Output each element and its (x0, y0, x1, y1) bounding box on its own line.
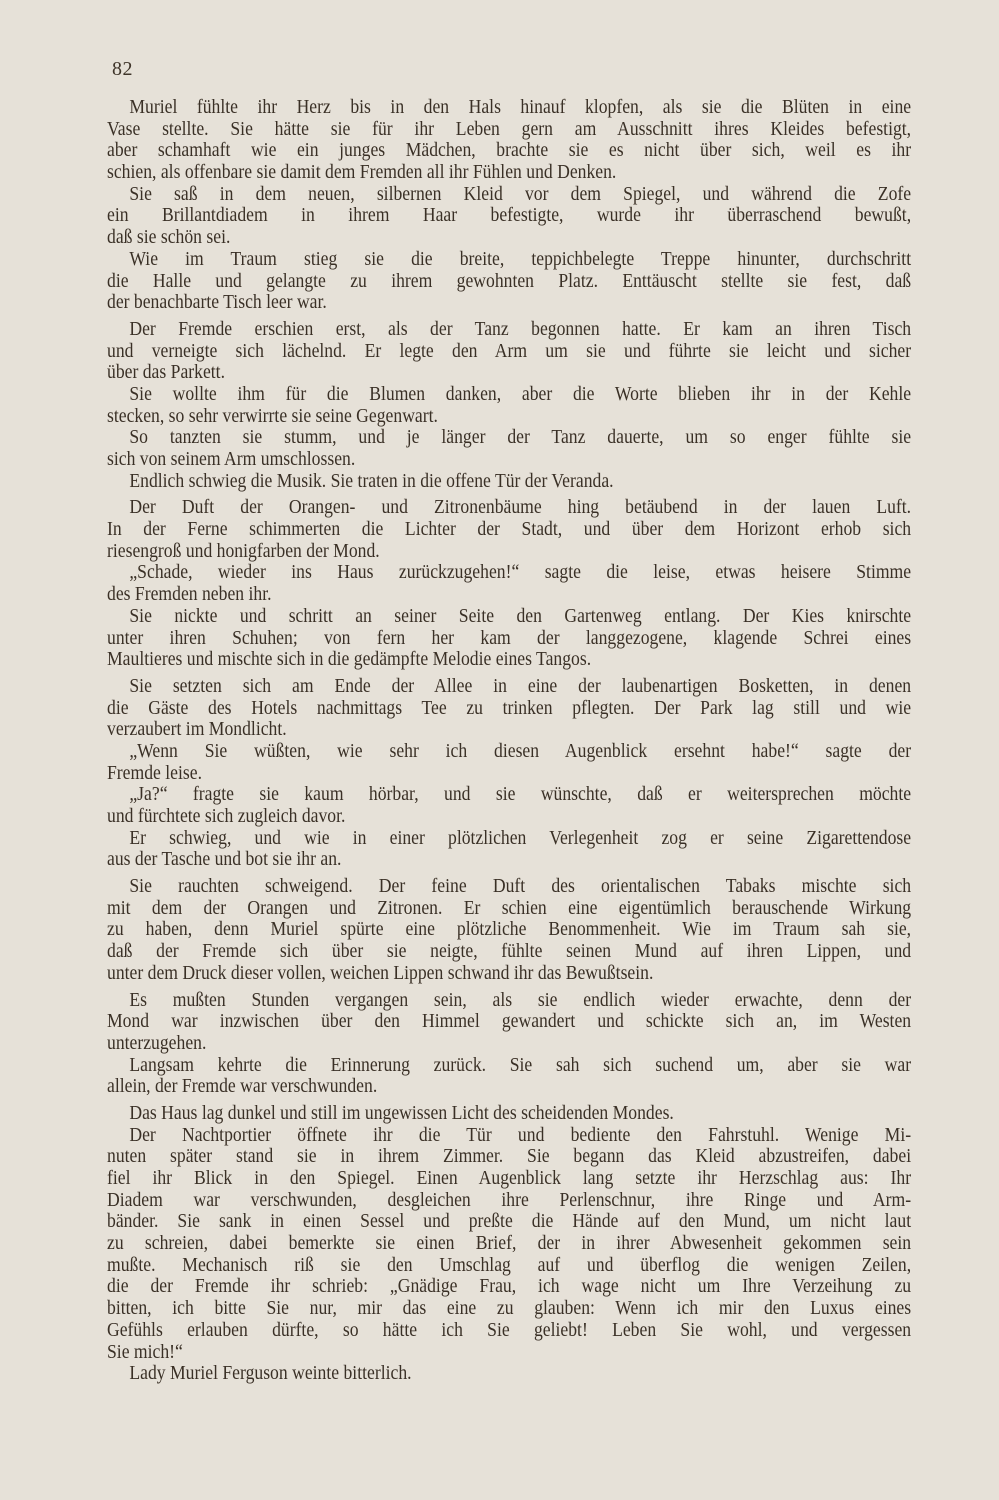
text-line: nuten später stand sie in ihrem Zimmer. … (107, 1146, 911, 1168)
text-line: zu schreien, dabei bemerkte sie einen Br… (107, 1233, 911, 1255)
paragraph: „Schade, wieder ins Haus zurückzugehen!“… (107, 562, 911, 605)
paragraph: Er schwieg, und wie in einer plötzlichen… (107, 828, 911, 871)
paragraph: Das Haus lag dunkel und still im ungewis… (107, 1103, 911, 1125)
text-line: verzaubert im Mondlicht. (107, 719, 911, 741)
text-line: Diadem war verschwunden, desgleichen ihr… (107, 1190, 911, 1212)
text-line: mit dem der Orangen und Zitronen. Er sch… (107, 898, 911, 920)
text-line: Fremde leise. (107, 763, 911, 785)
text-line: mußte. Mechanisch riß sie den Umschlag a… (107, 1255, 911, 1277)
text-line: In der Ferne schimmerten die Lichter der… (107, 519, 911, 541)
text-line: unter ihren Schuhen; von fern her kam de… (107, 628, 911, 650)
text-line: allein, der Fremde war verschwunden. (107, 1076, 911, 1098)
text-line: fiel ihr Blick in den Spiegel. Einen Aug… (107, 1168, 911, 1190)
paragraph: So tanzten sie stumm, und je länger der … (107, 427, 911, 470)
text-line: Das Haus lag dunkel und still im ungewis… (107, 1103, 911, 1125)
paragraph: Sie setzten sich am Ende der Allee in ei… (107, 676, 911, 741)
text-line: Es mußten Stunden vergangen sein, als si… (107, 990, 911, 1012)
text-line: riesengroß und honigfarben der Mond. (107, 541, 911, 563)
text-line: unterzugehen. (107, 1033, 911, 1055)
text-line: daß der Fremde sich über sie neigte, füh… (107, 941, 911, 963)
text-line: unter dem Druck dieser vollen, weichen L… (107, 963, 911, 985)
paragraph: „Wenn Sie wüßten, wie sehr ich diesen Au… (107, 741, 911, 784)
text-line: ein Brillantdiadem in ihrem Haar befesti… (107, 205, 911, 227)
paragraph: Der Duft der Orangen- und Zitronenbäume … (107, 497, 911, 562)
text-line: Der Nachtportier öffnete ihr die Tür und… (107, 1125, 911, 1147)
paragraph: Sie saß in dem neuen, silbernen Kleid vo… (107, 184, 911, 249)
text-line: stecken, so sehr verwirrte sie seine Geg… (107, 406, 911, 428)
text-line: daß sie schön sei. (107, 227, 911, 249)
text-line: Der Duft der Orangen- und Zitronenbäume … (107, 497, 911, 519)
paragraph: Langsam kehrte die Erinnerung zurück. Si… (107, 1055, 911, 1098)
text-line: Mond war inzwischen über den Himmel gewa… (107, 1011, 911, 1033)
text-line: „Ja?“ fragte sie kaum hörbar, und sie wü… (107, 784, 911, 806)
text-line: schien, als offenbare sie damit dem Frem… (107, 162, 911, 184)
paragraph: Der Fremde erschien erst, als der Tanz b… (107, 319, 911, 384)
paragraph: Es mußten Stunden vergangen sein, als si… (107, 990, 911, 1055)
text-line: Sie saß in dem neuen, silbernen Kleid vo… (107, 184, 911, 206)
text-line: Sie wollte ihm für die Blumen danken, ab… (107, 384, 911, 406)
text-line: Er schwieg, und wie in einer plötzlichen… (107, 828, 911, 850)
paragraph: Der Nachtportier öffnete ihr die Tür und… (107, 1125, 911, 1364)
text-line: die Gäste des Hotels nachmittags Tee zu … (107, 698, 911, 720)
text-line: des Fremden neben ihr. (107, 584, 911, 606)
text-line: Maultieres und mischte sich in die gedäm… (107, 649, 911, 671)
text-line: Endlich schwieg die Musik. Sie traten in… (107, 471, 911, 493)
page-body-text: Muriel fühlte ihr Herz bis in den Hals h… (107, 97, 911, 1385)
text-line: Muriel fühlte ihr Herz bis in den Hals h… (107, 97, 911, 119)
text-line: Vase stellte. Sie hätte sie für ihr Lebe… (107, 119, 911, 141)
paragraph: Endlich schwieg die Musik. Sie traten in… (107, 471, 911, 493)
paragraph: Sie nickte und schritt an seiner Seite d… (107, 606, 911, 671)
text-line: sich von seinem Arm umschlossen. (107, 449, 911, 471)
page-number: 82 (112, 58, 133, 81)
text-line: bänder. Sie sank in einen Sessel und pre… (107, 1211, 911, 1233)
text-line: über das Parkett. (107, 362, 911, 384)
paragraph: „Ja?“ fragte sie kaum hörbar, und sie wü… (107, 784, 911, 827)
text-line: Sie mich!“ (107, 1342, 911, 1364)
text-line: aus der Tasche und bot sie ihr an. (107, 849, 911, 871)
paragraph: Sie wollte ihm für die Blumen danken, ab… (107, 384, 911, 427)
text-line: Der Fremde erschien erst, als der Tanz b… (107, 319, 911, 341)
text-line: die Halle und gelangte zu ihrem gewohnte… (107, 271, 911, 293)
paragraph: Wie im Traum stieg sie die breite, teppi… (107, 249, 911, 314)
text-line: zu haben, denn Muriel spürte eine plötzl… (107, 919, 911, 941)
text-line: So tanzten sie stumm, und je länger der … (107, 427, 911, 449)
text-line: Sie nickte und schritt an seiner Seite d… (107, 606, 911, 628)
text-line: Sie setzten sich am Ende der Allee in ei… (107, 676, 911, 698)
text-line: die der Fremde ihr schrieb: „Gnädige Fra… (107, 1276, 911, 1298)
text-line: Lady Muriel Ferguson weinte bitterlich. (107, 1363, 911, 1385)
text-line: Wie im Traum stieg sie die breite, teppi… (107, 249, 911, 271)
text-line: bitten, ich bitte Sie nur, mir das eine … (107, 1298, 911, 1320)
text-line: aber schamhaft wie ein junges Mädchen, b… (107, 140, 911, 162)
paragraph: Lady Muriel Ferguson weinte bitterlich. (107, 1363, 911, 1385)
text-line: Sie rauchten schweigend. Der feine Duft … (107, 876, 911, 898)
paragraph: Sie rauchten schweigend. Der feine Duft … (107, 876, 911, 984)
text-line: der benachbarte Tisch leer war. (107, 292, 911, 314)
text-line: und fürchtete sich zugleich davor. (107, 806, 911, 828)
paragraph: Muriel fühlte ihr Herz bis in den Hals h… (107, 97, 911, 184)
text-line: „Wenn Sie wüßten, wie sehr ich diesen Au… (107, 741, 911, 763)
text-line: und verneigte sich lächelnd. Er legte de… (107, 341, 911, 363)
text-line: Gefühls erlauben dürfte, so hätte ich Si… (107, 1320, 911, 1342)
text-line: „Schade, wieder ins Haus zurückzugehen!“… (107, 562, 911, 584)
text-line: Langsam kehrte die Erinnerung zurück. Si… (107, 1055, 911, 1077)
